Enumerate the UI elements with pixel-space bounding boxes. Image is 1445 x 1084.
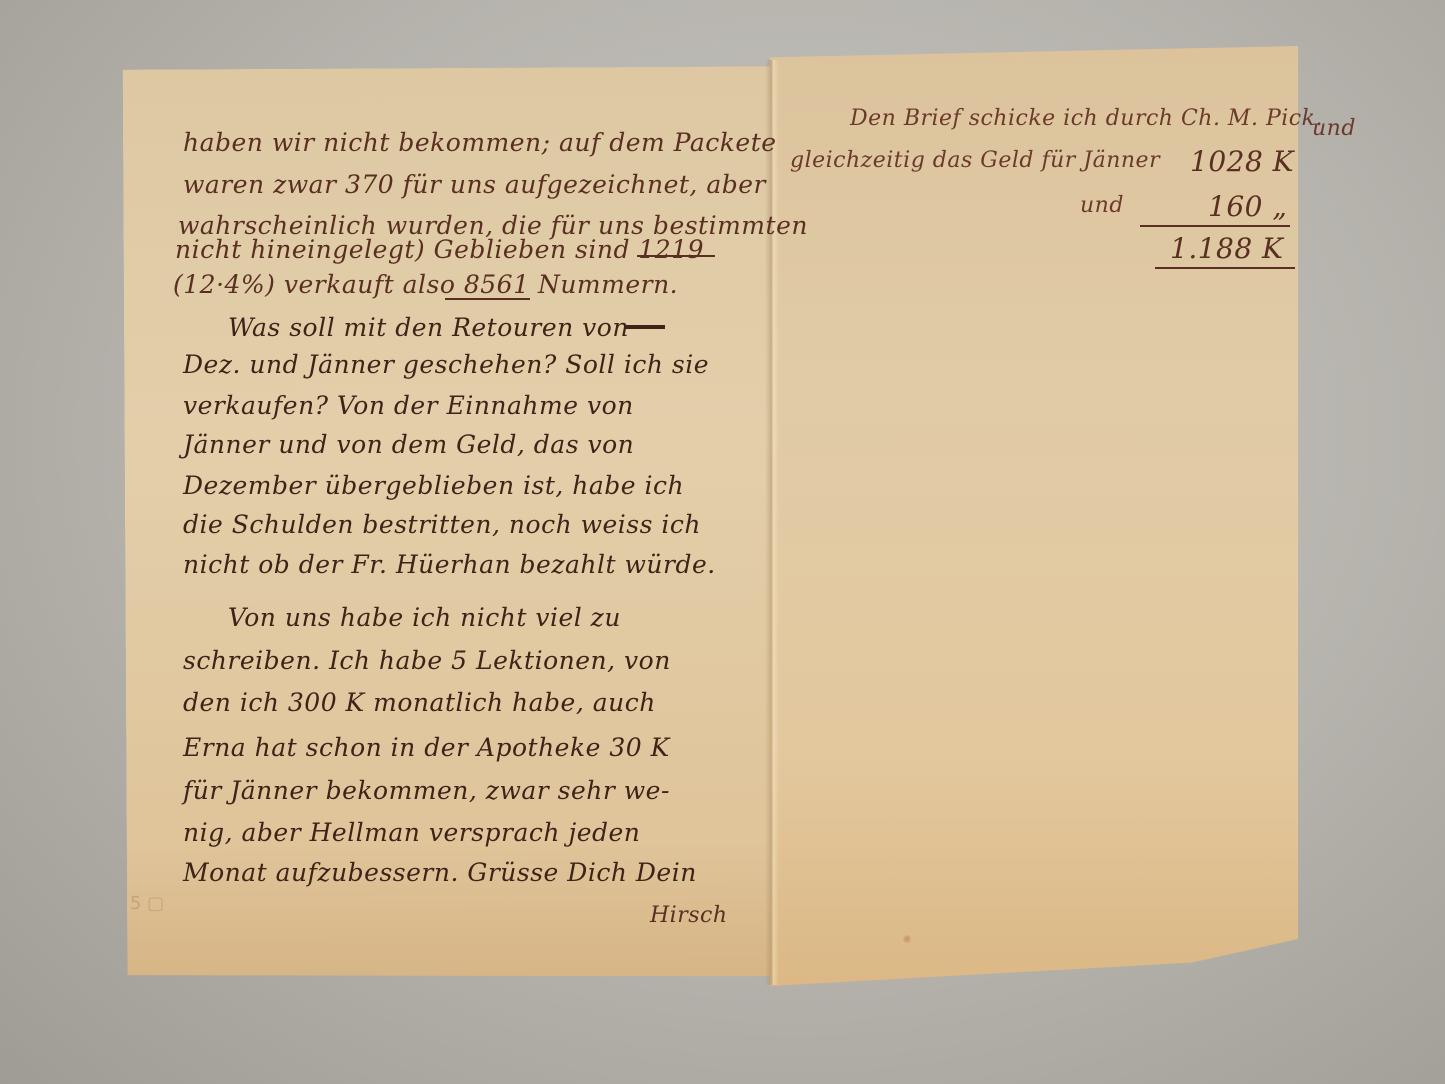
- letter-line: gleichzeitig das Geld für Jänner: [790, 150, 1160, 172]
- letter-line: die Schulden bestritten, noch weiss ich: [183, 512, 701, 537]
- letter-line: Von uns habe ich nicht viel zu: [228, 605, 621, 630]
- total-underline: [1155, 267, 1295, 269]
- underline-8561: [445, 298, 530, 300]
- letter-line: Erna hat schon in der Apotheke 30 K: [183, 735, 670, 760]
- letter-line: Dez. und Jänner geschehen? Soll ich sie: [183, 352, 709, 377]
- paper-stain: [903, 935, 911, 943]
- amount-2: 160 „: [1208, 193, 1287, 221]
- letter-line: nig, aber Hellman versprach jeden: [183, 820, 640, 845]
- letter-line: haben wir nicht bekommen; auf dem Packet…: [183, 130, 777, 155]
- letter-line: den ich 300 K monatlich habe, auch: [183, 690, 656, 715]
- letter-line: Was soll mit den Retouren von: [228, 315, 629, 340]
- letter-line: verkaufen? Von der Einnahme von: [183, 393, 634, 418]
- letter-line: Jänner und von dem Geld, das von: [183, 432, 634, 457]
- and-word: und: [1080, 195, 1124, 217]
- bleed-through-mark: 5 ▢: [130, 893, 164, 914]
- amount-1: 1028 K: [1190, 148, 1294, 176]
- letter-line: waren zwar 370 für uns aufgezeichnet, ab…: [183, 172, 766, 197]
- letter-line-text: nicht hineingelegt) Geblieben sind 1219: [175, 237, 704, 262]
- sum-line: [1140, 225, 1290, 227]
- letter-line: Monat aufzubessern. Grüsse Dich Dein: [183, 860, 697, 885]
- and-word: und: [1312, 118, 1356, 140]
- letter-line: nicht ob der Fr. Hüerhan bezahlt würde.: [183, 552, 716, 577]
- letter-line: für Jänner bekommen, zwar sehr we-: [183, 778, 670, 803]
- letter-line: Den Brief schicke ich durch Ch. M. Pick.: [850, 108, 1323, 130]
- underline-1219: [637, 255, 715, 257]
- letter-line: schreiben. Ich habe 5 Lektionen, von: [183, 648, 671, 673]
- letter-line: Dezember übergeblieben ist, habe ich: [183, 473, 684, 498]
- page-fold: [765, 60, 779, 985]
- sum-total: 1.188 K: [1170, 235, 1283, 263]
- signature: Hirsch: [650, 905, 728, 927]
- right-page: [770, 46, 1298, 986]
- strikethrough: [625, 325, 665, 329]
- letter-line: (12·4%) verkauft also 8561 Nummern.: [173, 272, 678, 297]
